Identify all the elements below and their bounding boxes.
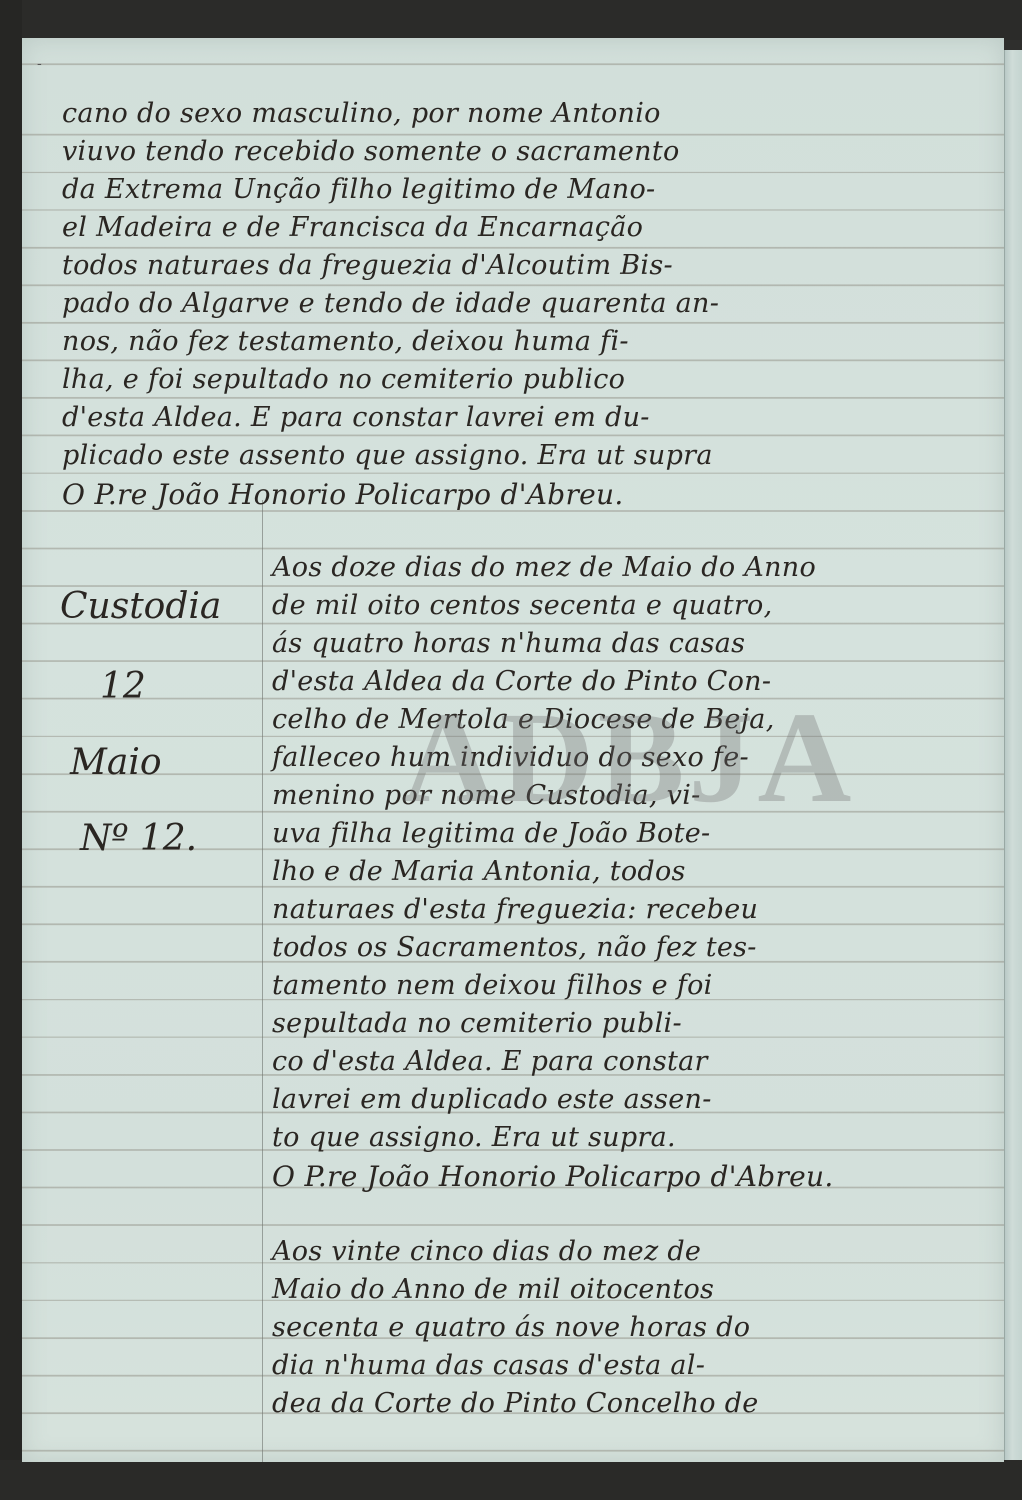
text-line: Aos vinte cinco dias do mez de xyxy=(272,1236,701,1267)
text-line: falleceo hum individuo do sexo fe- xyxy=(272,742,749,773)
margin-name: Custodia xyxy=(60,586,221,627)
text-line: sepultada no cemiterio publi- xyxy=(272,1008,682,1039)
margin-entry-number: Nº 12. xyxy=(80,818,197,859)
text-line: d'esta Aldea. E para constar lavrei em d… xyxy=(62,402,650,433)
margin-rule xyxy=(262,500,263,1462)
text-line: lho e de Maria Antonia, todos xyxy=(272,856,686,887)
text-line: ás quatro horas n'huma das casas xyxy=(272,628,745,659)
text-line: secenta e quatro ás nove horas do xyxy=(272,1312,750,1343)
priest-signature: O P.re João Honorio Policarpo d'Abreu. xyxy=(62,478,624,511)
text-line: Aos doze dias do mez de Maio do Anno xyxy=(272,552,816,583)
text-line: celho de Mertola e Diocese de Beja, xyxy=(272,704,775,735)
text-line: de mil oito centos secenta e quatro, xyxy=(272,590,773,621)
text-line: uva filha legitima de João Bote- xyxy=(272,818,710,849)
text-line: pado do Algarve e tendo de idade quarent… xyxy=(62,288,719,319)
scan-background-top xyxy=(0,0,1022,40)
manuscript-page: - cano do sexo masculino, por nome Anton… xyxy=(22,38,1004,1462)
text-line: cano do sexo masculino, por nome Antonio xyxy=(62,98,661,129)
text-line: d'esta Aldea da Corte do Pinto Con- xyxy=(272,666,771,697)
text-line: el Madeira e de Francisca da Encarnação xyxy=(62,212,643,243)
scan-background-bottom xyxy=(0,1460,1022,1500)
text-line: dea da Corte do Pinto Concelho de xyxy=(272,1388,759,1419)
text-line: dia n'huma das casas d'esta al- xyxy=(272,1350,705,1381)
text-line: lavrei em duplicado este assen- xyxy=(272,1084,712,1115)
margin-day: 12 xyxy=(100,666,146,707)
text-line: to que assigno. Era ut supra. xyxy=(272,1122,676,1153)
text-line: viuvo tendo recebido somente o sacrament… xyxy=(62,136,680,167)
text-line: naturaes d'esta freguezia: recebeu xyxy=(272,894,758,925)
text-line: da Extrema Unção filho legitimo de Mano- xyxy=(62,174,655,205)
scan-background-left xyxy=(0,0,22,1500)
text-line: nos, não fez testamento, deixou huma fi- xyxy=(62,326,629,357)
priest-signature: O P.re João Honorio Policarpo d'Abreu. xyxy=(272,1160,834,1193)
text-line: todos os Sacramentos, não fez tes- xyxy=(272,932,757,963)
text-line: co d'esta Aldea. E para constar xyxy=(272,1046,708,1077)
text-line: todos naturaes da freguezia d'Alcoutim B… xyxy=(62,250,673,281)
text-line: tamento nem deixou filhos e foi xyxy=(272,970,713,1001)
text-line: lha, e foi sepultado no cemiterio public… xyxy=(62,364,625,395)
text-line: Maio do Anno de mil oitocentos xyxy=(272,1274,714,1305)
adjacent-page-edge xyxy=(1004,50,1022,1460)
corner-mark: - xyxy=(37,56,42,72)
text-line: plicado este assento que assigno. Era ut… xyxy=(62,440,713,471)
margin-month: Maio xyxy=(70,742,162,783)
text-line: menino por nome Custodia, vi- xyxy=(272,780,701,811)
